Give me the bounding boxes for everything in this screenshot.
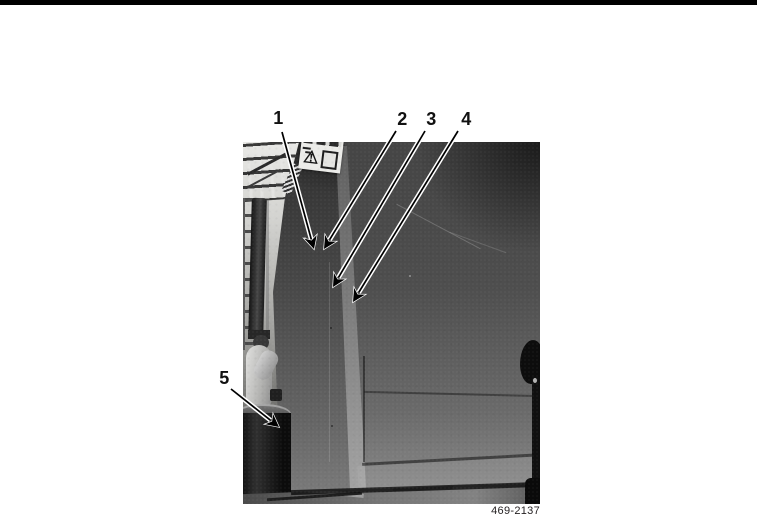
manual-figure-page: ⚠ 1 2 3 4 5 — [0, 0, 757, 517]
photo-grain-overlay — [243, 142, 540, 504]
callout-label-5: 5 — [212, 367, 236, 389]
top-rule-divider — [0, 0, 757, 5]
callout-label-4: 4 — [454, 108, 478, 130]
callout-label-2: 2 — [390, 108, 414, 130]
callout-label-1: 1 — [266, 107, 290, 129]
callout-label-3: 3 — [419, 108, 443, 130]
equipment-photo: ⚠ — [243, 142, 540, 504]
figure-number: 469-2137 — [420, 505, 540, 517]
